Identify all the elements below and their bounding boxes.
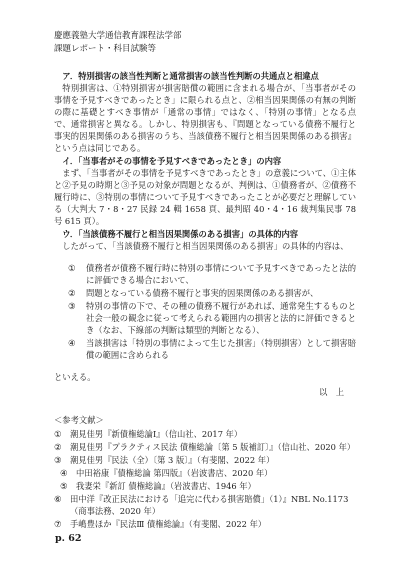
section-i: イ．「当事者がその事情を予見すべきであったとき」の内容 まず、「当事者がその事情… bbox=[54, 155, 356, 227]
list-item-number: ① bbox=[68, 262, 86, 286]
section-a-heading: ア．特別損害の該当性判断と通常損害の該当性判断の共通点と相違点 bbox=[54, 70, 356, 82]
section-a-paragraph: 特別損害は、①特別損害が損害賠償の範囲に含まれる場合が、「当事者がその事情を予見… bbox=[54, 82, 356, 154]
list-item-number: ③ bbox=[68, 300, 86, 336]
reference-text: 田中洋『改正民法における「追完に代わる損害賠償」（1）』NBL No.1173（… bbox=[70, 493, 356, 517]
reference-text: 潮見佳男『プラクティス民法 債権総論〔第 5 版補訂〕』（信山社、2020 年） bbox=[70, 441, 356, 453]
list-item: ③ 特別の事情の下で、その種の債務不履行があれば、通常発生するものと社会一般の観… bbox=[68, 300, 356, 336]
section-u: ウ．「当該債務不履行と相当因果関係のある損害」の具体的内容 したがって、「当該債… bbox=[54, 228, 356, 252]
reference-item: ④ 中田裕康『債権総論 第四版』（岩波書店、2020 年） bbox=[54, 467, 356, 479]
section-a: ア．特別損害の該当性判断と通常損害の該当性判断の共通点と相違点 特別損害は、①特… bbox=[54, 70, 356, 154]
list-item-text: 当該損害は「特別の事情によって生じた損害」（特別損害）として損害賠償の範囲に含め… bbox=[86, 337, 356, 361]
section-i-paragraph: まず、「当事者がその事情を予見すべきであったとき」の意義について、①主体と②予見… bbox=[54, 167, 356, 227]
list-item-number: ② bbox=[68, 287, 86, 299]
numbered-list: ① 債務者が債務不履行時に特別の事情について予見すべきであったと法的に評価できる… bbox=[54, 262, 356, 361]
references-title: ＜参考文献＞ bbox=[54, 414, 356, 426]
reference-text: 我妻栄『新訂 債権総論』（岩波書店、1946 年） bbox=[76, 480, 356, 492]
list-item-text: 問題となっている債務不履行と事実的因果関係のある損害が、 bbox=[86, 287, 356, 299]
reference-number: ② bbox=[54, 441, 70, 453]
section-i-heading: イ．「当事者がその事情を予見すべきであったとき」の内容 bbox=[54, 155, 356, 167]
reference-item: ⑦ 手嶋豊ほか『民法Ⅲ 債権総論』（有斐閣、2022 年） bbox=[54, 518, 356, 530]
references-section: ＜参考文献＞ ① 潮見佳男『新債権総論Ⅰ』（信山社、2017 年） ② 潮見佳男… bbox=[54, 414, 356, 530]
section-u-paragraph: したがって、「当該債務不履行と相当因果関係のある損害」の具体的内容は、 bbox=[54, 240, 356, 252]
reference-number: ⑤ bbox=[60, 480, 76, 492]
list-item: ④ 当該損害は「特別の事情によって生じた損害」（特別損害）として損害賠償の範囲に… bbox=[68, 337, 356, 361]
reference-item: ⑥ 田中洋『改正民法における「追完に代わる損害賠償」（1）』NBL No.117… bbox=[54, 493, 356, 517]
reference-number: ⑦ bbox=[54, 518, 70, 530]
closing-statement: といえる。 bbox=[54, 371, 356, 383]
reference-text: 潮見佳男『民法（全）〔第 3 版〕』（有斐閣、2022 年） bbox=[70, 454, 356, 466]
university-name: 慶應義塾大学通信教育課程法学部 bbox=[54, 30, 356, 43]
reference-text: 潮見佳男『新債権総論Ⅰ』（信山社、2017 年） bbox=[70, 428, 356, 440]
page-number: p. 62 bbox=[55, 532, 81, 546]
reference-item: ③ 潮見佳男『民法（全）〔第 3 版〕』（有斐閣、2022 年） bbox=[54, 454, 356, 466]
reference-text: 手嶋豊ほか『民法Ⅲ 債権総論』（有斐閣、2022 年） bbox=[70, 518, 356, 530]
list-item: ① 債務者が債務不履行時に特別の事情について予見すべきであったと法的に評価できる… bbox=[68, 262, 356, 286]
reference-item: ② 潮見佳男『プラクティス民法 債権総論〔第 5 版補訂〕』（信山社、2020 … bbox=[54, 441, 356, 453]
reference-text: 中田裕康『債権総論 第四版』（岩波書店、2020 年） bbox=[76, 467, 356, 479]
reference-number: ④ bbox=[60, 467, 76, 479]
list-item: ② 問題となっている債務不履行と事実的因果関係のある損害が、 bbox=[68, 287, 356, 299]
reference-number: ③ bbox=[54, 454, 70, 466]
reference-number: ⑥ bbox=[54, 493, 70, 517]
list-item-number: ④ bbox=[68, 337, 86, 361]
document-header: 慶應義塾大学通信教育課程法学部 課題レポート・科目試験等 bbox=[54, 30, 356, 56]
list-item-text: 特別の事情の下で、その種の債務不履行があれば、通常発生するものと社会一般の観念に… bbox=[86, 300, 356, 336]
section-u-heading: ウ．「当該債務不履行と相当因果関係のある損害」の具体的内容 bbox=[54, 228, 356, 240]
closing-mark: 以 上 bbox=[54, 386, 356, 398]
reference-item: ① 潮見佳男『新債権総論Ⅰ』（信山社、2017 年） bbox=[54, 428, 356, 440]
document-type: 課題レポート・科目試験等 bbox=[54, 43, 356, 56]
reference-number: ① bbox=[54, 428, 70, 440]
document-page: 慶應義塾大学通信教育課程法学部 課題レポート・科目試験等 ア．特別損害の該当性判… bbox=[0, 0, 410, 580]
list-item-text: 債務者が債務不履行時に特別の事情について予見すべきであったと法的に評価できる場合… bbox=[86, 262, 356, 286]
reference-item: ⑤ 我妻栄『新訂 債権総論』（岩波書店、1946 年） bbox=[54, 480, 356, 492]
